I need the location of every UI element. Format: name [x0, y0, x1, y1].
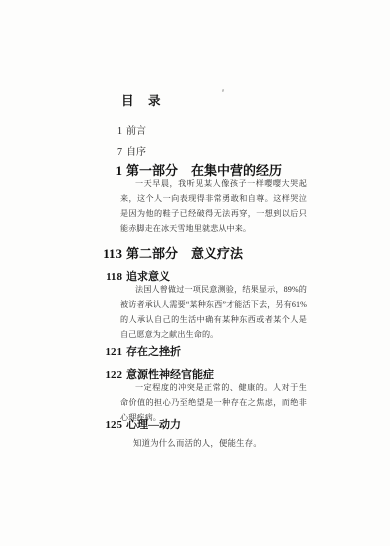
- toc-entry-part2: 113 第二部分 意义疗法: [102, 243, 243, 262]
- page-number: 118: [102, 271, 122, 283]
- page-number: 1: [102, 126, 122, 137]
- toc-entry-foreword: 1 前言: [102, 122, 146, 137]
- book-page: 目 录 1 前言 7 自序 1 第一部分 在集中营的经历 一天早晨，我听见某人像…: [0, 0, 390, 546]
- page-number: 122: [102, 369, 122, 381]
- entry-label: 自序: [126, 143, 146, 158]
- scan-speck: [222, 89, 225, 92]
- toc-entry-121: 121 存在之挫折: [102, 343, 181, 359]
- toc-title: 目 录: [121, 91, 162, 109]
- toc-entry-125: 125 心理—动力: [102, 416, 181, 432]
- part-title: 意义疗法: [191, 243, 243, 262]
- toc-entry-preface: 7 自序: [102, 143, 146, 158]
- page-number: 121: [102, 346, 122, 358]
- section-label: 心理—动力: [126, 416, 181, 432]
- section-118-excerpt: 法国人曾做过一项民意测验，结果显示，89%的被访者承认人需要“某种东西”才能活下…: [120, 282, 307, 342]
- part-label: 第二部分: [126, 243, 178, 262]
- section-125-quote: 知道为什么而活的人，便能生存。: [133, 437, 262, 449]
- page-number: 7: [102, 147, 122, 158]
- page-number: 113: [102, 246, 122, 262]
- page-number: 1: [102, 163, 122, 179]
- part1-excerpt: 一天早晨，我听见某人像孩子一样嘤嘤大哭起来，这个人一向表现得非常勇敢和自尊。这样…: [120, 176, 307, 236]
- page-number: 125: [102, 419, 122, 431]
- entry-label: 前言: [126, 122, 146, 137]
- section-label: 存在之挫折: [126, 343, 181, 359]
